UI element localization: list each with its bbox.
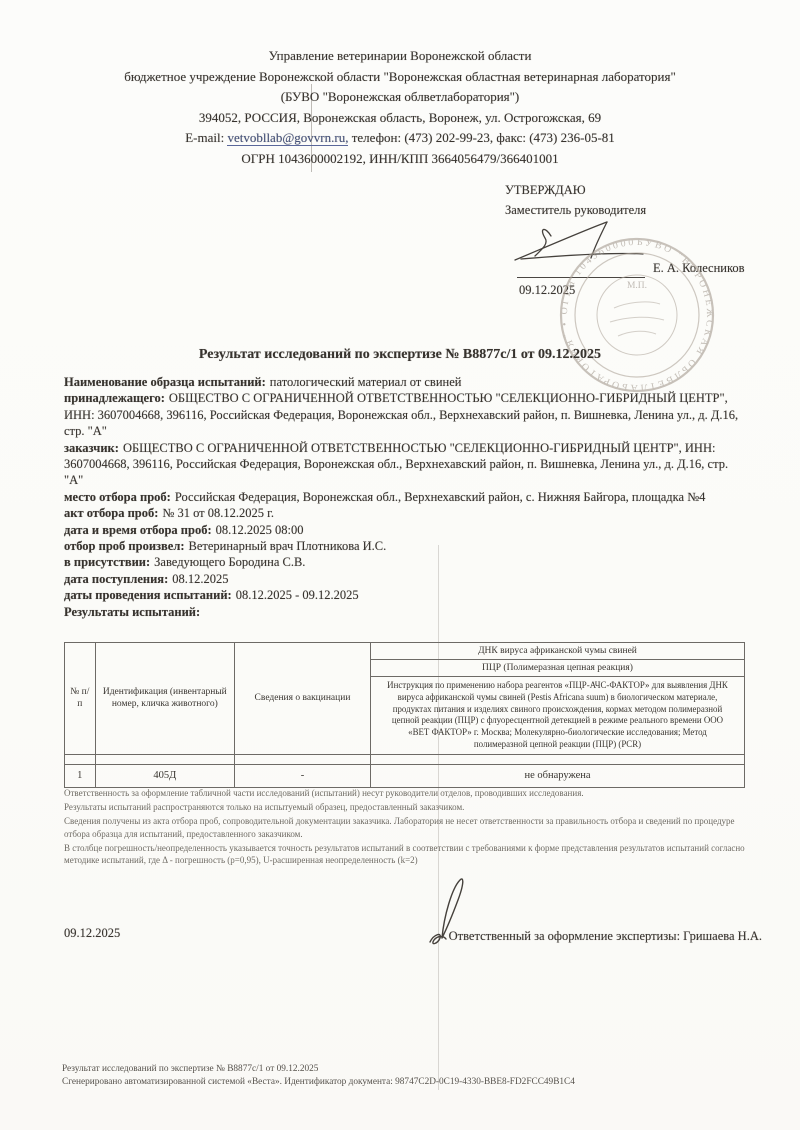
results-label: Результаты испытаний: (64, 604, 748, 620)
detail-line: заказчик:ОБЩЕСТВО С ОГРАНИЧЕННОЙ ОТВЕТСТ… (64, 440, 748, 489)
stamp-ring-text: БУВО "ВОРОНЕЖСКАЯ ОБЛВЕТЛАБОРАТОРИЯ" • О… (552, 230, 715, 393)
scanned-document-page: Управление ветеринарии Воронежской облас… (0, 0, 800, 1130)
footnote: В столбце погрешность/неопределенность у… (64, 842, 750, 867)
col-header-method-group: ПЦР (Полимеразная цепная реакция) (370, 660, 744, 677)
document-title: Результат исследований по экспертизе № В… (0, 347, 800, 363)
footer-generated-by: Сгенерировано автоматизированной системо… (62, 1076, 575, 1089)
table-spacer-row (65, 754, 745, 764)
footnotes: Ответственность за оформление табличной … (64, 787, 750, 869)
phone-fax: телефон: (473) 202-99-23, факс: (473) 23… (352, 130, 615, 145)
approve-word: УТВЕРЖДАЮ (505, 180, 775, 200)
col-header-num: № п/п (65, 643, 96, 755)
footnote: Сведения получены из акта отбора проб, с… (64, 815, 750, 840)
detail-line: даты проведения испытаний:08.12.2025 - 0… (64, 587, 748, 603)
detail-line: место отбора проб:Российская Федерация, … (64, 489, 748, 505)
detail-line: акт отбора проб:№ 31 от 08.12.2025 г. (64, 505, 748, 521)
responsible-line: Ответственный за оформление экспертизы: … (449, 929, 762, 944)
org-contacts-line: E-mail: vetvobllab@govvrn.ru, телефон: (… (0, 128, 800, 149)
bottom-date: 09.12.2025 (64, 926, 120, 941)
col-header-vaccination: Сведения о вакцинации (234, 643, 370, 755)
org-name-line: Управление ветеринарии Воронежской облас… (0, 46, 800, 67)
org-fullname-line: бюджетное учреждение Воронежской области… (0, 67, 800, 88)
email-link[interactable]: vetvobllab@govvrn.ru, (227, 130, 348, 146)
detail-line: Наименование образца испытаний:патологич… (64, 374, 748, 390)
table-row: 1 405Д - не обнаружена (65, 764, 745, 787)
svg-text:БУВО "ВОРОНЕЖСКАЯ ОБЛВЕТЛАБОРА: БУВО "ВОРОНЕЖСКАЯ ОБЛВЕТЛАБОРАТОРИЯ" • О… (552, 230, 715, 393)
col-header-method-detail: Инструкция по применению набора реагенто… (370, 677, 744, 755)
col-header-identification: Идентификация (инвентарный номер, кличка… (95, 643, 234, 755)
page-footer: Результат исследований по экспертизе № В… (62, 1063, 575, 1089)
organization-header: Управление ветеринарии Воронежской облас… (0, 46, 800, 169)
footnote: Ответственность за оформление табличной … (64, 787, 750, 800)
sample-details: Наименование образца испытаний:патологич… (64, 374, 748, 620)
detail-line: дата поступления:08.12.2025 (64, 571, 748, 587)
stamp-mp-text: М.П. (627, 281, 647, 291)
org-shortname-line: (БУВО "Воронежская облветлаборатория") (0, 87, 800, 108)
results-table: № п/п Идентификация (инвентарный номер, … (64, 642, 745, 788)
detail-line: дата и время отбора проб:08.12.2025 08:0… (64, 522, 748, 538)
footer-expertise-ref: Результат исследований по экспертизе № В… (62, 1063, 575, 1076)
org-address-line: 394052, РОССИЯ, Воронежская область, Вор… (0, 108, 800, 129)
cell-identification: 405Д (95, 764, 234, 787)
cell-num: 1 (65, 764, 96, 787)
detail-line: в присутствии:Заведующего Бородина С.В. (64, 554, 748, 570)
cell-vaccination: - (234, 764, 370, 787)
col-header-test-group: ДНК вируса африканской чумы свиней (370, 643, 744, 660)
footnote: Результаты испытаний распространяются то… (64, 801, 750, 814)
detail-line: принадлежащего:ОБЩЕСТВО С ОГРАНИЧЕННОЙ О… (64, 390, 748, 439)
detail-line: отбор проб произвел:Ветеринарный врач Пл… (64, 538, 748, 554)
cell-result: не обнаружена (370, 764, 744, 787)
email-label: E-mail: (185, 130, 224, 145)
org-ogrn-line: ОГРН 1043600002192, ИНН/КПП 3664056479/3… (0, 149, 800, 170)
